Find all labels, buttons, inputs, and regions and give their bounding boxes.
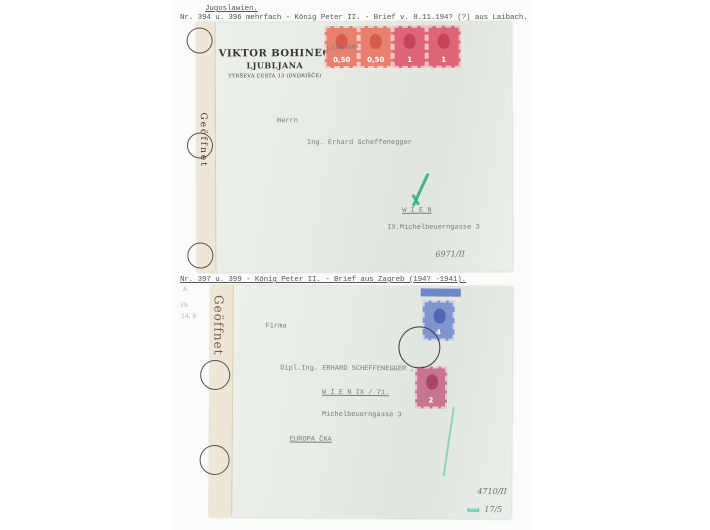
postage-stamp: 1 [393, 26, 427, 68]
address-note: EUROPA ČKA [290, 436, 332, 444]
sender-street: TYRŠEVA CESTA 13 (DVORIŠČE) [219, 73, 331, 79]
censor-stamp-icon [199, 445, 229, 475]
censor-strip: Geöffnet [209, 285, 234, 517]
pencil-annotation: 4710/II [477, 487, 506, 496]
pencil-note: A [183, 286, 187, 293]
pencil-annotation: 17/5 [484, 505, 502, 514]
postage-stamp: 0,50 [359, 26, 393, 68]
censor-stamp-icon [200, 360, 230, 390]
censor-stamp-icon [187, 132, 213, 158]
pencil-note: 39 [180, 302, 188, 309]
address-recipient: Ing. Erhard Scheffenegger [307, 139, 412, 147]
address-salutation: Firma [265, 322, 286, 330]
king-portrait-icon [438, 34, 450, 49]
censor-strip: Geöffnet [197, 22, 217, 272]
king-portrait-icon [434, 309, 446, 324]
cover-top: Geöffnet VIKTOR BOHINEC LJUBLJANA TYRŠEV… [197, 21, 513, 272]
caption-bottom: Nr. 397 u. 399 - König Peter II. - Brief… [180, 276, 466, 284]
censor-stamp-icon [187, 242, 213, 268]
address-street: Michelbeuerngasse 3 [322, 411, 402, 420]
censor-label: Geöffnet [211, 295, 225, 356]
address-city: W I E N [402, 207, 431, 215]
address-street: IX.Michelbeuerngasse 3 [387, 224, 479, 232]
sender-city: LJUBLJANA [219, 60, 331, 70]
page-heading: Jugoslawien. [205, 5, 258, 13]
censor-stamp-icon [187, 27, 213, 53]
sheet-margin [421, 288, 461, 296]
king-portrait-icon [404, 34, 416, 49]
machine-cancel: LJUBLJANA [327, 43, 360, 51]
address-salutation: Herrn [277, 117, 298, 125]
pencil-note: 14, 8 [181, 313, 196, 320]
zagreb-postmark [398, 326, 440, 368]
sender-imprint: VIKTOR BOHINEC LJUBLJANA TYRŠEVA CESTA 1… [219, 48, 331, 79]
address-recipient: Dipl.Ing. ERHARD SCHEFFENEGGER , [280, 364, 414, 373]
address-city: W I E N IX / 71. [322, 389, 389, 397]
cover-bottom: Geöffnet 4 2 Firma Dipl.Ing. ERHARD SCHE… [209, 285, 513, 519]
king-portrait-icon [426, 374, 438, 389]
green-pen-mark [443, 407, 455, 477]
sender-name: VIKTOR BOHINEC [219, 48, 331, 59]
postage-stamp: 1 [427, 26, 461, 68]
pencil-annotation: 6971/II [435, 250, 464, 259]
postage-stamp: 2 [415, 366, 447, 408]
green-label: 0000 [467, 508, 479, 512]
king-portrait-icon [370, 34, 382, 49]
